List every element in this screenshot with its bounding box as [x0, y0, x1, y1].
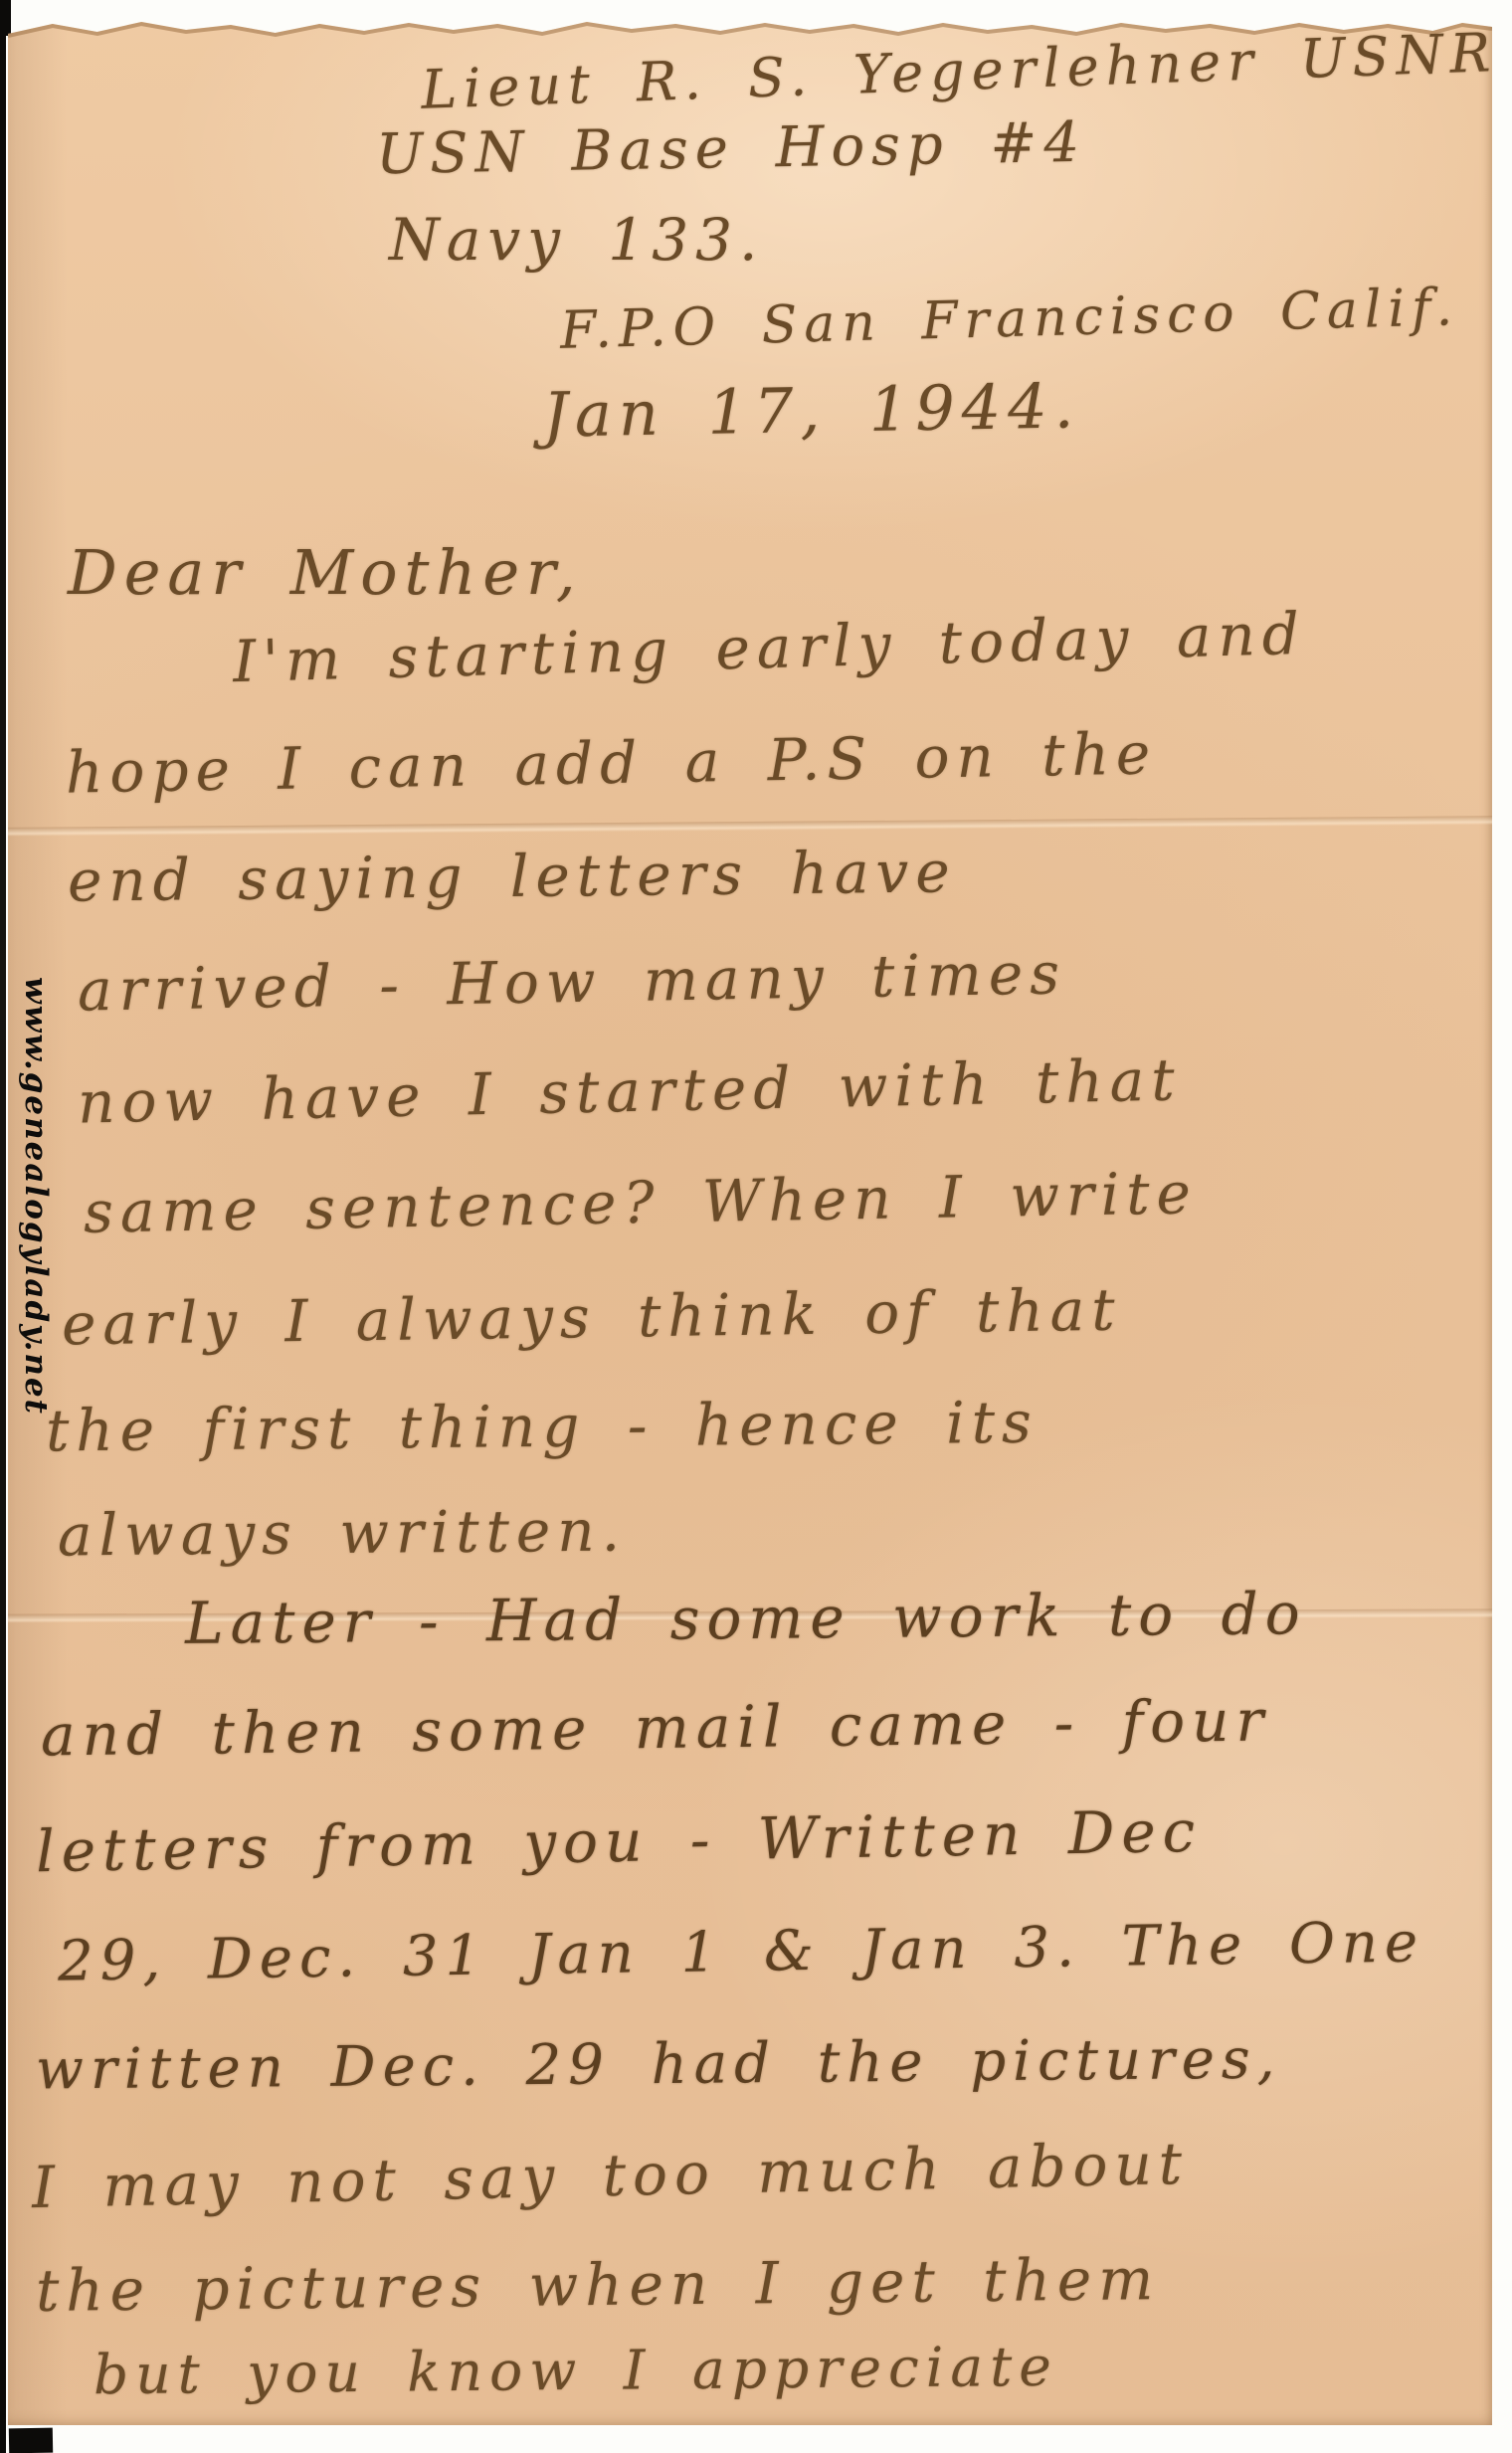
watermark: www.genealogylady.net — [18, 977, 54, 1415]
scanned-letter-screen: Lieut R. S. Yegerlehner USNR USN Base Ho… — [0, 0, 1512, 2453]
body-line: arrived - How many times — [78, 944, 1067, 1019]
body-line: always written. — [58, 1502, 627, 1565]
body-line: Later - Had some work to do — [185, 1585, 1307, 1652]
body-line: letters from you - Written Dec — [36, 1802, 1203, 1880]
body-line: but you know I appreciate — [94, 2340, 1058, 2402]
body-line: and then some mail came - four — [41, 1691, 1271, 1764]
body-line: written Dec. 29 had the pictures, — [36, 2032, 1282, 2099]
scan-artifact-bottom-left — [9, 2428, 53, 2453]
body-line: same sentence? When I write — [84, 1164, 1199, 1241]
body-line: early I always think of that — [62, 1281, 1122, 1354]
body-line: the pictures when I get them — [36, 2250, 1161, 2320]
body-line: now have I started with that — [78, 1050, 1183, 1131]
scan-artifact-top-left — [0, 0, 11, 36]
letter-date: Jan 17, 1944. — [543, 375, 1081, 446]
return-address-line-4: F.P.O San Francisco Calif. — [559, 282, 1459, 357]
letter-page: Lieut R. S. Yegerlehner USNR USN Base Ho… — [8, 0, 1492, 2425]
body-line: end saying letters have — [68, 843, 957, 909]
body-line: the first thing - hence its — [46, 1394, 1039, 1460]
body-line: 29, Dec. 31 Jan 1 & Jan 3. The One — [58, 1915, 1425, 1989]
body-line: hope I can add a P.S on the — [66, 724, 1158, 801]
fold-crease-upper — [8, 816, 1492, 837]
body-line: I'm starting early today and — [232, 605, 1306, 690]
scanner-edge-strip — [0, 0, 6, 2453]
return-address-line-3: Navy 133. — [389, 211, 764, 269]
salutation: Dear Mother, — [68, 542, 583, 604]
body-line: I may not say too much about — [32, 2135, 1190, 2216]
return-address-line-2: USN Base Hosp #4 — [376, 115, 1087, 183]
